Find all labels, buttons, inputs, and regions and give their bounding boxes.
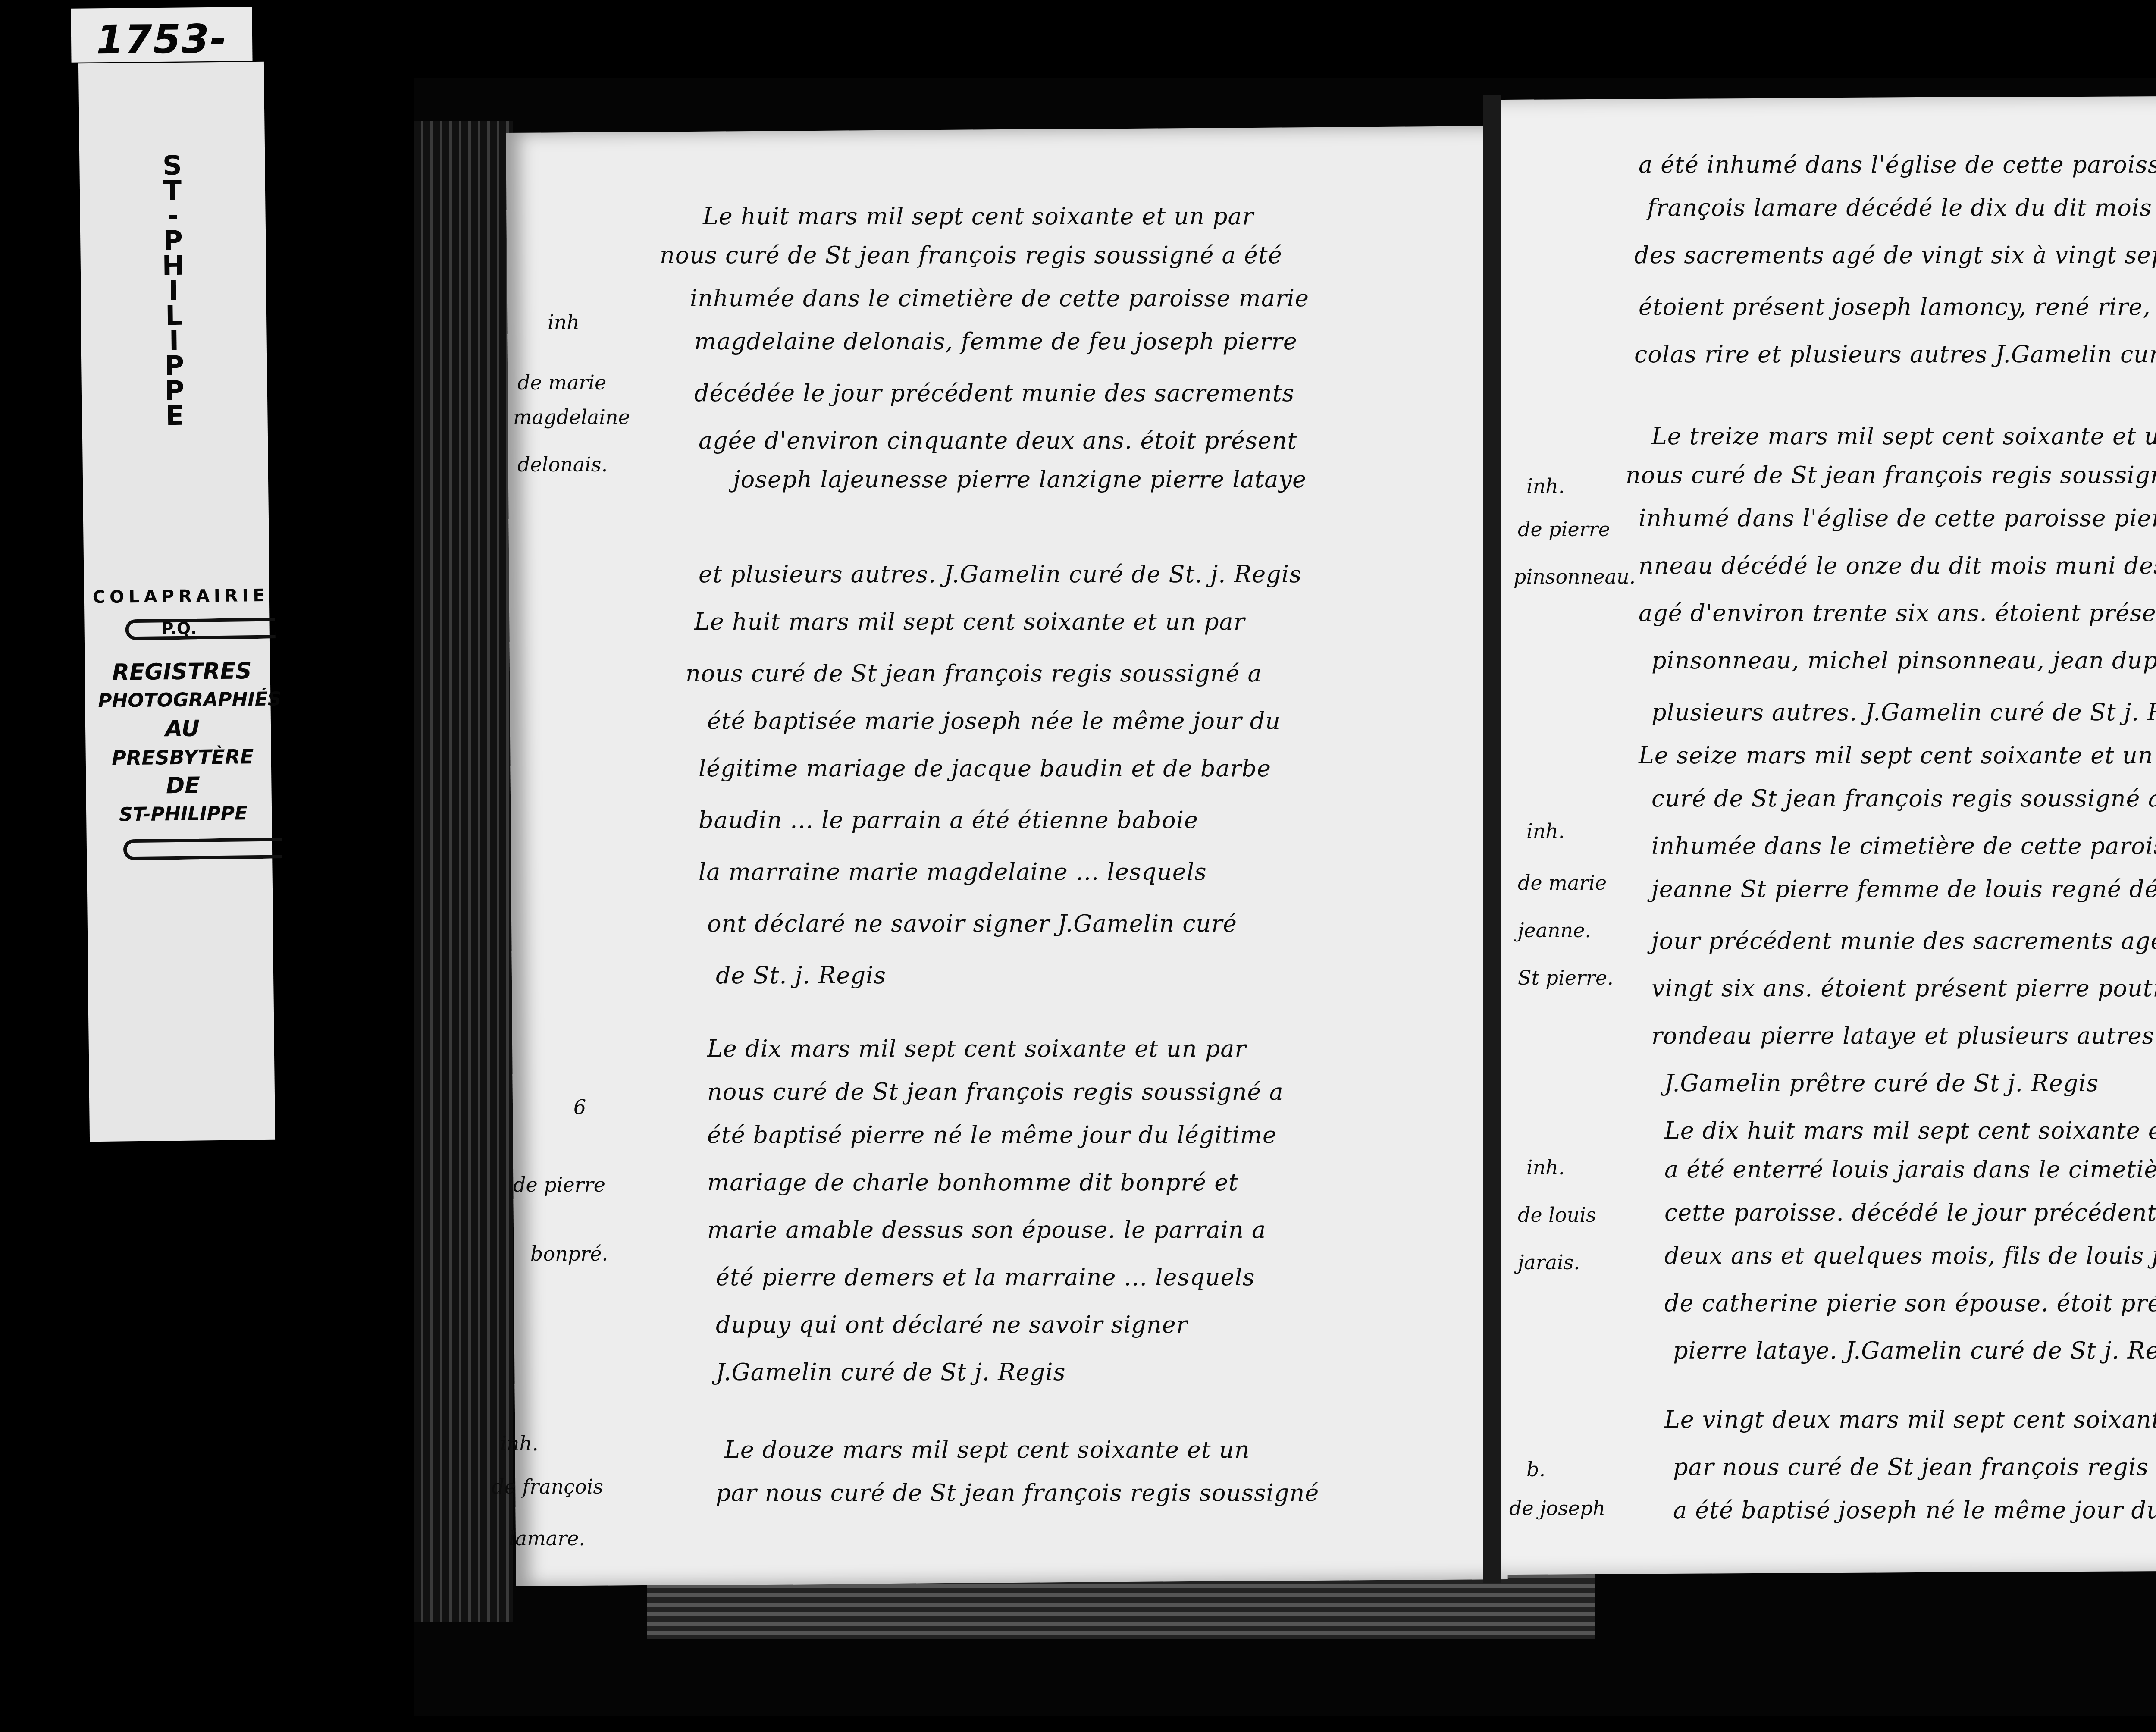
margin-note: pinsonneau. bbox=[1514, 565, 1636, 588]
register-line: légitime mariage de jacque baudin et de … bbox=[699, 755, 1271, 782]
register-line: a été enterré louis jarais dans le cimet… bbox=[1664, 1156, 2156, 1183]
register-line: Le huit mars mil sept cent soixante et u… bbox=[694, 608, 1245, 635]
margin-note: de marie bbox=[517, 371, 606, 394]
register-line: Le dix mars mil sept cent soixante et un… bbox=[707, 1035, 1246, 1062]
margin-note: de pierre bbox=[513, 1173, 605, 1196]
margin-note: de joseph bbox=[1509, 1497, 1605, 1520]
register-line: agée d'environ cinquante deux ans. étoit… bbox=[699, 427, 1297, 454]
register-line: par nous curé de St jean françois regis … bbox=[1673, 1453, 2156, 1481]
register-line: par nous curé de St jean françois regis … bbox=[716, 1479, 1319, 1506]
margin-note: inh. bbox=[500, 1432, 539, 1455]
register-line: été pierre demers et la marraine ... les… bbox=[716, 1264, 1255, 1291]
register-line: étoient présent joseph lamoncy, rené rir… bbox=[1639, 293, 2156, 320]
register-line: baudin ... le parrain a été étienne babo… bbox=[699, 806, 1198, 834]
paperclip-icon bbox=[123, 838, 282, 860]
register-line: des sacrements agé de vingt six à vingt … bbox=[1634, 242, 2156, 269]
caption-line: DE bbox=[99, 771, 267, 801]
register-line: nous curé de St jean françois regis sous… bbox=[707, 1078, 1284, 1105]
register-line: décédée le jour précédent munie des sacr… bbox=[694, 380, 1294, 407]
margin-note: 6 bbox=[573, 1095, 586, 1119]
register-line: rondeau pierre lataye et plusieurs autre… bbox=[1651, 1022, 2154, 1049]
register-line: J.Gamelin curé de St j. Regis bbox=[716, 1359, 1065, 1386]
margin-note: de françois bbox=[492, 1475, 603, 1498]
register-line: deux ans et quelques mois, fils de louis… bbox=[1664, 1242, 2156, 1269]
margin-note: inh. bbox=[1526, 474, 1565, 498]
register-line: inhumé dans l'église de cette paroisse p… bbox=[1639, 505, 2156, 532]
parish-letter: E bbox=[166, 403, 184, 428]
register-line: été baptisé pierre né le même jour du lé… bbox=[707, 1121, 1277, 1148]
caption-line: REGISTRES bbox=[97, 657, 266, 687]
register-line: ont déclaré ne savoir signer J.Gamelin c… bbox=[707, 910, 1237, 937]
register-line: inhumée dans le cimetière de cette paroi… bbox=[1651, 832, 2156, 860]
register-line: curé de St jean françois regis soussigné… bbox=[1651, 785, 2156, 812]
register-line: joseph lajeunesse pierre lanzigne pierre… bbox=[733, 466, 1307, 493]
register-line: vingt six ans. étoient présent pierre po… bbox=[1651, 975, 2156, 1002]
margin-note: jeanne. bbox=[1518, 919, 1591, 942]
county-label: COLAPRAIRIE bbox=[93, 586, 265, 607]
register-line: nous curé de St jean françois regis sous… bbox=[1626, 461, 2156, 489]
register-line: mariage de charle bonhomme dit bonpré et bbox=[707, 1169, 1238, 1196]
register-line: de catherine pierie son épouse. étoit pr… bbox=[1664, 1290, 2156, 1317]
archive-date-label: 1753-1772 bbox=[71, 7, 252, 63]
register-line: pinsonneau, michel pinsonneau, jean dupu… bbox=[1651, 647, 2156, 674]
register-line: de St. j. Regis bbox=[716, 962, 886, 989]
register-line: Le douze mars mil sept cent soixante et … bbox=[724, 1436, 1250, 1463]
margin-note: de marie bbox=[1518, 871, 1607, 894]
margin-note: magdelaine bbox=[513, 405, 630, 429]
register-line: magdelaine delonais, femme de feu joseph… bbox=[694, 328, 1297, 355]
register-line: agé d'environ trente six ans. étoient pr… bbox=[1639, 599, 2156, 627]
register-line: nneau décédé le onze du dit mois muni de… bbox=[1639, 552, 2156, 579]
register-line: été baptisée marie joseph née le même jo… bbox=[707, 707, 1281, 734]
register-line: dupuy qui ont déclaré ne savoir signer bbox=[716, 1311, 1188, 1338]
register-line: plusieurs autres. J.Gamelin curé de St j… bbox=[1651, 699, 2156, 726]
margin-note: b. bbox=[1526, 1458, 1545, 1481]
caption-line: PRESBYTÈRE bbox=[98, 742, 267, 772]
parish-name-vertical: S T - P H I L I P P E bbox=[79, 152, 268, 429]
register-line: pierre lataye. J.Gamelin curé de St j. R… bbox=[1673, 1337, 2156, 1364]
margin-note: de pierre bbox=[1518, 518, 1610, 541]
margin-note: lamare. bbox=[509, 1527, 585, 1550]
register-line: Le seize mars mil sept cent soixante et … bbox=[1639, 742, 2156, 769]
register-line: nous curé de St jean françois regis sous… bbox=[686, 660, 1262, 687]
register-line: cette paroisse. décédé le jour précédent… bbox=[1664, 1199, 2156, 1226]
register-line: a été baptisé joseph né le même jour du bbox=[1673, 1497, 2156, 1524]
margin-note: St pierre. bbox=[1518, 966, 1614, 989]
register-line: Le vingt deux mars mil sept cent soixant… bbox=[1664, 1406, 2156, 1433]
margin-note: inh bbox=[548, 311, 580, 334]
register-line: et plusieurs autres. J.Gamelin curé de S… bbox=[699, 561, 1302, 588]
register-line: J.Gamelin prêtre curé de St j. Regis bbox=[1664, 1070, 2099, 1097]
margin-note: inh. bbox=[1526, 1156, 1565, 1179]
margin-note: de louis bbox=[1518, 1203, 1596, 1227]
margin-note: bonpré. bbox=[530, 1242, 608, 1265]
register-line: nous curé de St jean françois regis sous… bbox=[660, 242, 1282, 269]
register-line: a été inhumé dans l'église de cette paro… bbox=[1639, 151, 2156, 178]
caption-line: ST-PHILIPPE bbox=[99, 799, 268, 829]
register-line: inhumée dans le cimetière de cette paroi… bbox=[690, 285, 1309, 312]
register-line: Le treize mars mil sept cent soixante et… bbox=[1651, 423, 2156, 450]
register-line: jeanne St pierre femme de louis regné dé… bbox=[1651, 875, 2156, 903]
register-line: marie amable dessus son épouse. le parra… bbox=[707, 1216, 1266, 1243]
archive-label-strip: S T - P H I L I P P E COLAPRAIRIE P.Q. R… bbox=[78, 62, 275, 1142]
caption-line: AU bbox=[98, 714, 267, 744]
register-line: Le huit mars mil sept cent soixante et u… bbox=[703, 203, 1253, 230]
register-line: jour précédent munie des sacrements agée… bbox=[1651, 927, 2156, 954]
margin-note: delonais. bbox=[517, 453, 608, 476]
page-edges bbox=[414, 121, 513, 1622]
register-line: françois lamare décédé le dix du dit moi… bbox=[1647, 194, 2156, 221]
register-line: Le dix huit mars mil sept cent soixante … bbox=[1664, 1117, 2156, 1144]
caption-line: PHOTOGRAPHIÉS bbox=[98, 685, 266, 715]
book-gutter bbox=[1483, 95, 1501, 1583]
caption-block: REGISTRES PHOTOGRAPHIÉS AU PRESBYTÈRE DE… bbox=[97, 657, 267, 829]
margin-note: jarais. bbox=[1518, 1251, 1580, 1274]
register-line: la marraine marie magdelaine ... lesquel… bbox=[699, 858, 1207, 885]
province-label: P.Q. bbox=[93, 618, 265, 639]
margin-note: inh. bbox=[1526, 819, 1565, 843]
register-line: colas rire et plusieurs autres J.Gamelin… bbox=[1634, 341, 2156, 368]
